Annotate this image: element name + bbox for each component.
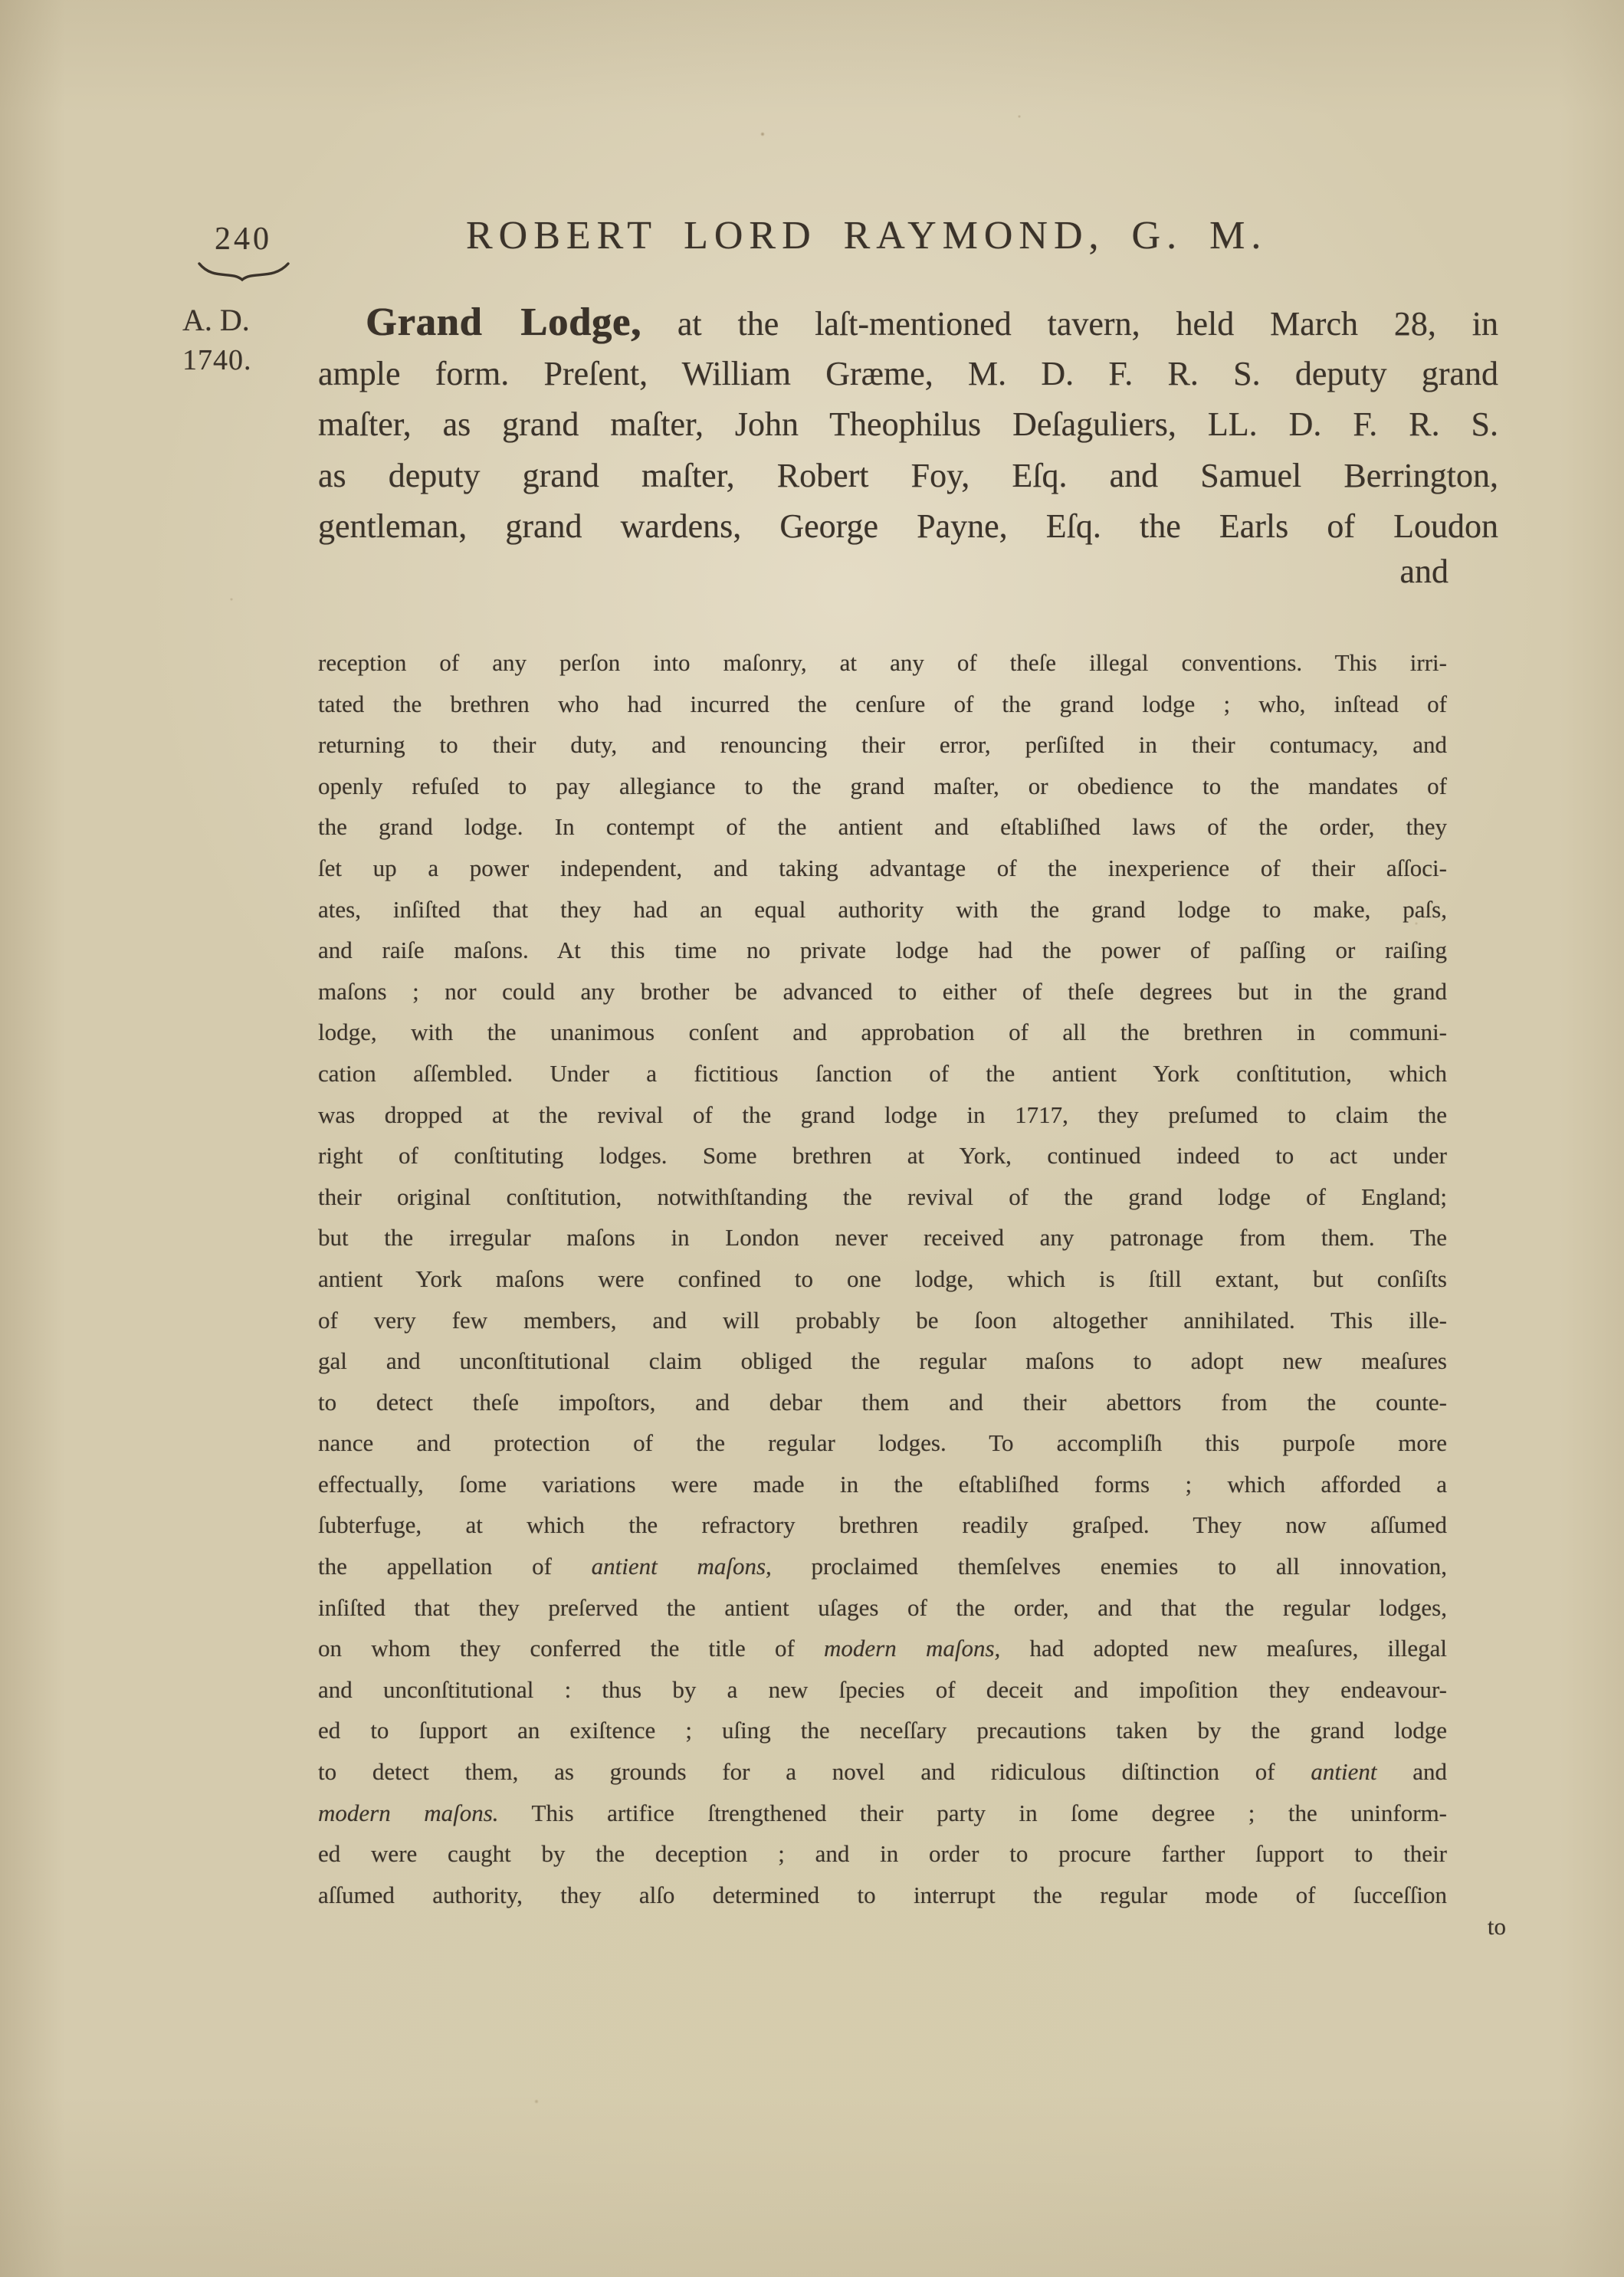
- text-segment: ates, inſiſted that they had an equal au…: [318, 896, 1447, 923]
- text-line: lodge, with the unanimous conſent and ap…: [318, 1012, 1447, 1053]
- text-line: nance and protection of the regular lodg…: [318, 1422, 1447, 1464]
- marginal-year-value: 1740.: [182, 340, 252, 380]
- text-line: cation aſſembled. Under a fictitious ſan…: [318, 1053, 1447, 1094]
- text-line: ed to ſupport an exiſtence ; uſing the n…: [318, 1710, 1447, 1751]
- marginal-year-note: A. D. 1740.: [182, 300, 252, 380]
- text-line: reception of any perſon into maſonry, at…: [318, 642, 1447, 684]
- text-segment: maſons ; nor could any brother be advanc…: [318, 978, 1447, 1005]
- text-line: the appellation of antient maſons, procl…: [318, 1546, 1447, 1587]
- text-segment: and raiſe maſons. At this time no privat…: [318, 937, 1447, 963]
- text-segment: lodge, with the unanimous conſent and ap…: [318, 1019, 1447, 1045]
- text-segment: gal and unconſtitutional claim obliged t…: [318, 1347, 1447, 1374]
- text-segment: ed to ſupport an exiſtence ; uſing the n…: [318, 1717, 1447, 1744]
- text-line: the grand lodge. In contempt of the anti…: [318, 806, 1447, 848]
- text-segment: had adopted new meaſures, illegal: [1000, 1635, 1447, 1662]
- text-segment: cation aſſembled. Under a fictitious ſan…: [318, 1060, 1447, 1087]
- text-segment: aſſumed authority, they alſo determined …: [318, 1882, 1447, 1908]
- text-line: maſter, as grand maſter, John Theophilus…: [318, 399, 1498, 451]
- italic-text: antient maſons,: [592, 1553, 772, 1580]
- text-line: gal and unconſtitutional claim obliged t…: [318, 1340, 1447, 1382]
- text-segment: to detect theſe impoſtors, and debar the…: [318, 1389, 1447, 1416]
- catchword: and: [1399, 552, 1448, 591]
- text-segment: maſter, as grand maſter, John Theophilus…: [318, 405, 1498, 443]
- text-line: inſiſted that they preſerved the antient…: [318, 1587, 1447, 1629]
- text-segment: nance and protection of the regular lodg…: [318, 1429, 1447, 1456]
- text-line: tated the brethren who had incurred the …: [318, 684, 1447, 725]
- text-segment: and: [1376, 1758, 1447, 1785]
- grand-lodge-paragraph: Grand Lodge, at the laſt-mentioned taver…: [318, 297, 1498, 553]
- italic-text: modern maſons.: [318, 1800, 499, 1826]
- text-segment: ſet up a power independent, and taking a…: [318, 855, 1447, 881]
- text-line: to detect theſe impoſtors, and debar the…: [318, 1382, 1447, 1423]
- text-segment: and unconſtitutional : thus by a new ſpe…: [318, 1676, 1447, 1703]
- text-segment: was dropped at the revival of the grand …: [318, 1101, 1447, 1128]
- body-paragraph: reception of any perſon into maſonry, at…: [318, 642, 1447, 1915]
- text-line: aſſumed authority, they alſo determined …: [318, 1875, 1447, 1916]
- text-line: their original conſtitution, notwithſtan…: [318, 1176, 1447, 1218]
- text-segment: at the laſt-mentioned tavern, held March…: [641, 305, 1498, 343]
- text-line: on whom they conferred the title of mode…: [318, 1628, 1447, 1669]
- text-segment: inſiſted that they preſerved the antient…: [318, 1594, 1447, 1621]
- text-segment: right of conſtituting lodges. Some breth…: [318, 1142, 1447, 1169]
- text-segment: the grand lodge. In contempt of the anti…: [318, 813, 1447, 840]
- text-segment: on whom they conferred the title of: [318, 1635, 824, 1662]
- text-line: antient York maſons were confined to one…: [318, 1258, 1447, 1300]
- text-segment: ample form. Preſent, William Græme, M. D…: [318, 355, 1498, 392]
- page-number: 240: [215, 221, 272, 258]
- text-segment: their original conſtitution, notwithſtan…: [318, 1183, 1447, 1210]
- text-segment: to detect them, as grounds for a novel a…: [318, 1758, 1311, 1785]
- text-line: ſet up a power independent, and taking a…: [318, 848, 1447, 889]
- italic-text: antient: [1311, 1758, 1376, 1785]
- text-segment: returning to their duty, and renouncing …: [318, 731, 1447, 758]
- catchword: to: [1488, 1913, 1506, 1941]
- text-segment: as deputy grand maſter, Robert Foy, Eſq.…: [318, 457, 1498, 494]
- text-line: ed were caught by the deception ; and in…: [318, 1833, 1447, 1875]
- marginal-era-label: A. D.: [182, 300, 252, 340]
- text-line: of very few members, and will probably b…: [318, 1300, 1447, 1341]
- text-segment: openly refuſed to pay allegiance to the …: [318, 773, 1447, 799]
- text-segment: of very few members, and will probably b…: [318, 1307, 1447, 1334]
- text-line: and unconſtitutional : thus by a new ſpe…: [318, 1669, 1447, 1711]
- running-header: ROBERT LORD RAYMOND, G. M.: [466, 213, 1267, 258]
- page-number-brace-icon: [196, 261, 291, 287]
- text-line: but the irregular maſons in London never…: [318, 1217, 1447, 1258]
- text-line: ates, inſiſted that they had an equal au…: [318, 889, 1447, 930]
- text-segment: the appellation of: [318, 1553, 592, 1580]
- text-line: ſubterfuge, at which the refractory bret…: [318, 1504, 1447, 1546]
- text-line: openly refuſed to pay allegiance to the …: [318, 766, 1447, 807]
- text-segment: but the irregular maſons in London never…: [318, 1224, 1447, 1251]
- text-line: gentleman, grand wardens, George Payne, …: [318, 501, 1498, 553]
- text-segment: This artifice ſtrengthened their party i…: [499, 1800, 1447, 1826]
- text-segment: proclaimed themſelves enemies to all inn…: [772, 1553, 1447, 1580]
- text-line: to detect them, as grounds for a novel a…: [318, 1751, 1447, 1793]
- text-segment: ſubterfuge, at which the refractory bret…: [318, 1511, 1447, 1538]
- text-line: returning to their duty, and renouncing …: [318, 724, 1447, 766]
- text-line: maſons ; nor could any brother be advanc…: [318, 971, 1447, 1012]
- text-segment: antient York maſons were confined to one…: [318, 1265, 1447, 1292]
- text-line: modern maſons. This artifice ſtrengthene…: [318, 1793, 1447, 1834]
- text-line: as deputy grand maſter, Robert Foy, Eſq.…: [318, 451, 1498, 502]
- italic-text: modern maſons,: [824, 1635, 1000, 1662]
- text-segment: tated the brethren who had incurred the …: [318, 691, 1447, 717]
- text-line: right of conſtituting lodges. Some breth…: [318, 1135, 1447, 1176]
- text-segment: gentleman, grand wardens, George Payne, …: [318, 507, 1498, 545]
- blackletter-text: Grand Lodge,: [366, 300, 641, 344]
- text-line: Grand Lodge, at the laſt-mentioned taver…: [318, 297, 1498, 349]
- text-segment: effectually, ſome variations were made i…: [318, 1471, 1447, 1498]
- text-line: and raiſe maſons. At this time no privat…: [318, 930, 1447, 971]
- text-segment: ed were caught by the deception ; and in…: [318, 1840, 1447, 1867]
- text-line: effectually, ſome variations were made i…: [318, 1464, 1447, 1505]
- text-line: was dropped at the revival of the grand …: [318, 1094, 1447, 1136]
- scanned-book-page: ROBERT LORD RAYMOND, G. M. 240 A. D. 174…: [0, 0, 1624, 2277]
- text-line: ample form. Preſent, William Græme, M. D…: [318, 349, 1498, 400]
- text-segment: reception of any perſon into maſonry, at…: [318, 649, 1447, 676]
